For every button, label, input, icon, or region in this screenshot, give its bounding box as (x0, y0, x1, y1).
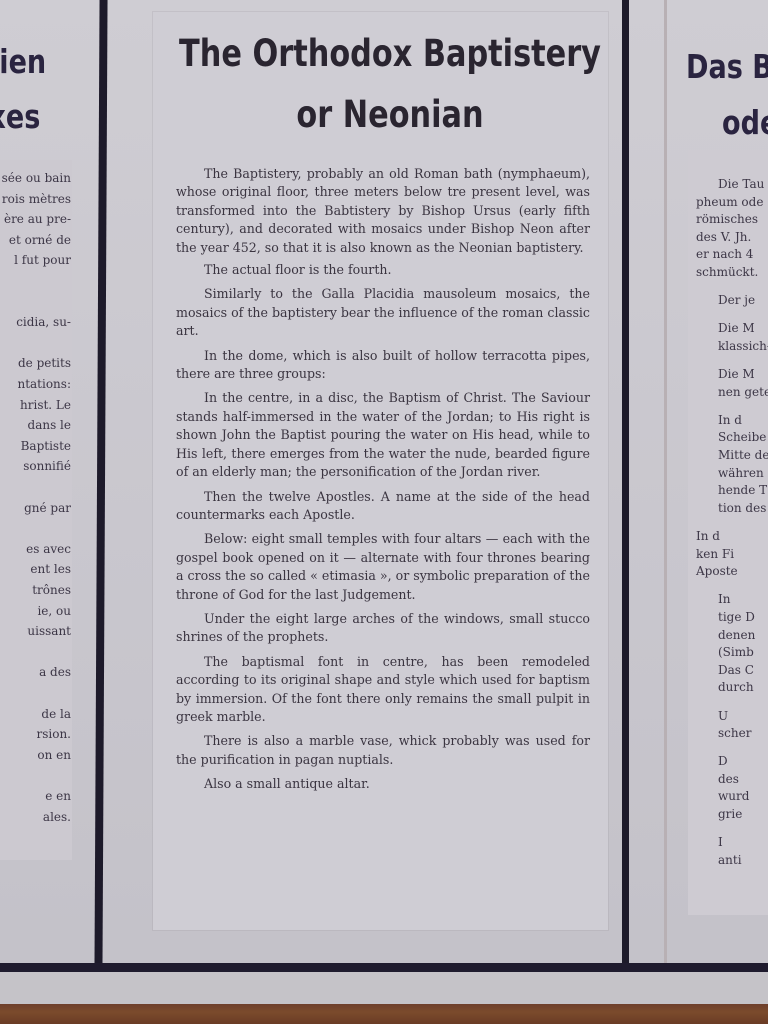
text-fragment: In (718, 590, 730, 609)
text-fragment: ken Fi (696, 545, 734, 564)
text-fragment: Mitte de (718, 446, 768, 465)
text-fragment: er nach 4 (696, 245, 753, 264)
paragraph: Then the twelve Apostles. A name at the … (176, 488, 590, 525)
text-fragment: denen (718, 626, 755, 645)
text-fragment: Baptiste (21, 436, 71, 456)
paragraph: There is also a marble vase, whick proba… (176, 732, 590, 769)
text-fragment: rois mètres (2, 189, 71, 209)
frame-bottom-margin (0, 972, 768, 1004)
text-fragment: rsion. (37, 724, 72, 744)
text-fragment: tige D (718, 608, 755, 627)
text-fragment: nen gete (718, 383, 768, 402)
text-fragment: I (718, 833, 723, 852)
text-fragment: sonnifié (23, 456, 71, 476)
left-panel-title-line-2: xes (0, 97, 40, 136)
text-fragment: U (718, 707, 728, 726)
text-fragment: durch (718, 678, 754, 697)
text-fragment: tion des (718, 499, 766, 518)
wooden-ledge (0, 1004, 768, 1024)
paragraph: In the dome, which is also built of holl… (176, 347, 590, 384)
text-fragment: D (718, 752, 728, 771)
paragraph: Similarly to the Galla Placidia mausoleu… (176, 285, 590, 340)
text-fragment: wurd (718, 787, 749, 806)
text-fragment: a des (39, 662, 71, 682)
text-fragment: hende T (718, 481, 767, 500)
text-fragment: In d (696, 527, 720, 546)
text-fragment: des (718, 770, 739, 789)
paragraph: Also a small antique altar. (176, 775, 590, 793)
main-title-line-1: The Orthodox Baptistery (70, 32, 710, 75)
text-fragment: scher (718, 724, 751, 743)
text-fragment: römisches (696, 210, 758, 229)
right-panel-title-line-2: ode (722, 103, 768, 142)
text-fragment: Die M (718, 365, 755, 384)
text-fragment: Die M (718, 319, 755, 338)
text-fragment: sée ou bain (2, 168, 71, 188)
text-fragment: ère au pre- (4, 209, 71, 229)
text-fragment: klassich- (718, 337, 768, 356)
paragraph: Below: eight small temples with four alt… (176, 530, 590, 604)
text-fragment: on en (37, 745, 71, 765)
panel-edge-line (664, 0, 667, 965)
right-panel-title-line-1: Das Ba (686, 47, 768, 86)
text-fragment: cidia, su- (16, 312, 71, 332)
left-panel-title-line-1: ien (0, 42, 46, 81)
text-fragment: Aposte (696, 562, 738, 581)
text-fragment: Das C (718, 661, 754, 680)
text-fragment: währen (718, 464, 764, 483)
paragraph: The actual floor is the fourth. (176, 261, 590, 279)
text-fragment: et orné de (9, 230, 71, 250)
text-fragment: dans le (28, 415, 71, 435)
text-fragment: ntations: (17, 374, 71, 394)
main-title-line-2: or Neonian (70, 93, 710, 136)
text-fragment: trônes (32, 580, 71, 600)
text-fragment: ales. (43, 807, 71, 827)
text-fragment: gné par (24, 498, 71, 518)
paragraph: The Baptistery, probably an old Roman ba… (176, 165, 590, 257)
text-fragment: (Simb (718, 643, 754, 662)
text-fragment: ent les (30, 559, 71, 579)
text-fragment: des V. Jh. (696, 228, 751, 247)
text-fragment: e en (45, 786, 71, 806)
text-fragment: l fut pour (14, 250, 71, 270)
text-fragment: pheum ode (696, 193, 763, 212)
paragraph: In the centre, in a disc, the Baptism of… (176, 389, 590, 481)
text-fragment: In d (718, 411, 742, 430)
text-fragment: de petits (18, 353, 71, 373)
paragraph: The baptismal font in centre, has been r… (176, 653, 590, 727)
frame-bottom-border (0, 963, 768, 972)
text-fragment: grie (718, 805, 742, 824)
text-fragment: Scheibe (718, 428, 766, 447)
text-fragment: es avec (26, 539, 71, 559)
main-panel-body: The Baptistery, probably an old Roman ba… (176, 165, 590, 800)
paragraph: Under the eight large arches of the wind… (176, 610, 590, 647)
text-fragment: Die Tau (718, 175, 764, 194)
text-fragment: uissant (27, 621, 71, 641)
text-fragment: Der je (718, 291, 755, 310)
text-fragment: schmückt. (696, 263, 758, 282)
frame-divider-right (622, 0, 629, 965)
text-fragment: hrist. Le (20, 395, 71, 415)
text-fragment: ie, ou (37, 601, 71, 621)
text-fragment: anti (718, 851, 742, 870)
text-fragment: de la (41, 704, 71, 724)
